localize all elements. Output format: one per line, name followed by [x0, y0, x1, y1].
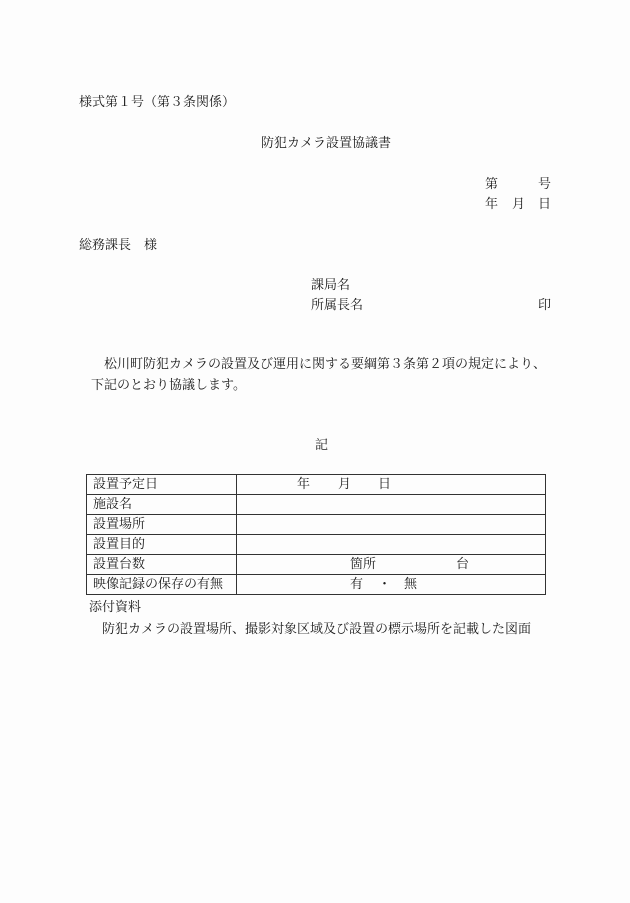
doc-number-prefix: 第 — [485, 177, 498, 193]
date-day: 日 — [538, 197, 551, 213]
date-year: 年 — [485, 197, 498, 213]
row-label-recording-storage: 映像記録の保存の有無 — [87, 575, 237, 595]
ki-heading: 記 — [315, 438, 328, 454]
table-row: 設置台数 箇所 台 — [87, 555, 546, 575]
recording-storage-field[interactable]: 有 ・ 無 — [237, 575, 546, 595]
unit-year: 年 — [297, 475, 310, 494]
install-date-field[interactable]: 年 月 日 — [237, 475, 546, 495]
option-yes[interactable]: 有 — [350, 575, 363, 594]
table-row: 設置場所 — [87, 515, 546, 535]
form-number: 様式第１号（第３条関係） — [79, 95, 235, 111]
install-location-field[interactable] — [237, 515, 546, 535]
addressee: 総務課長 様 — [79, 238, 157, 254]
row-label-install-location: 設置場所 — [87, 515, 237, 535]
row-label-install-count: 設置台数 — [87, 555, 237, 575]
sender-dept-label: 課局名 — [311, 278, 350, 294]
option-no[interactable]: 無 — [404, 575, 417, 594]
unit-day: 日 — [378, 475, 391, 494]
table-row: 施設名 — [87, 495, 546, 515]
table-row: 映像記録の保存の有無 有 ・ 無 — [87, 575, 546, 595]
row-label-facility-name: 施設名 — [87, 495, 237, 515]
sender-head-label: 所属長名 — [311, 298, 363, 314]
row-label-install-date: 設置予定日 — [87, 475, 237, 495]
date-month: 月 — [512, 197, 525, 213]
table-row: 設置目的 — [87, 535, 546, 555]
details-table: 設置予定日 年 月 日 施設名 設置場所 設置目的 設置台数 箇所 台 映像記録… — [86, 474, 546, 595]
document-title: 防犯カメラ設置協議書 — [261, 136, 391, 152]
install-purpose-field[interactable] — [237, 535, 546, 555]
unit-month: 月 — [338, 475, 351, 494]
attachment-heading: 添付資料 — [89, 600, 141, 616]
option-separator: ・ — [378, 575, 391, 594]
doc-number-suffix: 号 — [538, 177, 551, 193]
unit-cameras: 台 — [456, 555, 469, 574]
unit-locations: 箇所 — [350, 555, 376, 574]
facility-name-field[interactable] — [237, 495, 546, 515]
row-label-install-purpose: 設置目的 — [87, 535, 237, 555]
body-line-2: 下記のとおり協議します。 — [91, 378, 246, 394]
table-row: 設置予定日 年 月 日 — [87, 475, 546, 495]
attachment-text: 防犯カメラの設置場所、撮影対象区域及び設置の標示場所を記載した図面 — [102, 622, 531, 638]
seal-mark: 印 — [538, 298, 551, 314]
body-line-1: 松川町防犯カメラの設置及び運用に関する要綱第３条第２項の規定により、 — [104, 357, 546, 373]
install-count-field[interactable]: 箇所 台 — [237, 555, 546, 575]
